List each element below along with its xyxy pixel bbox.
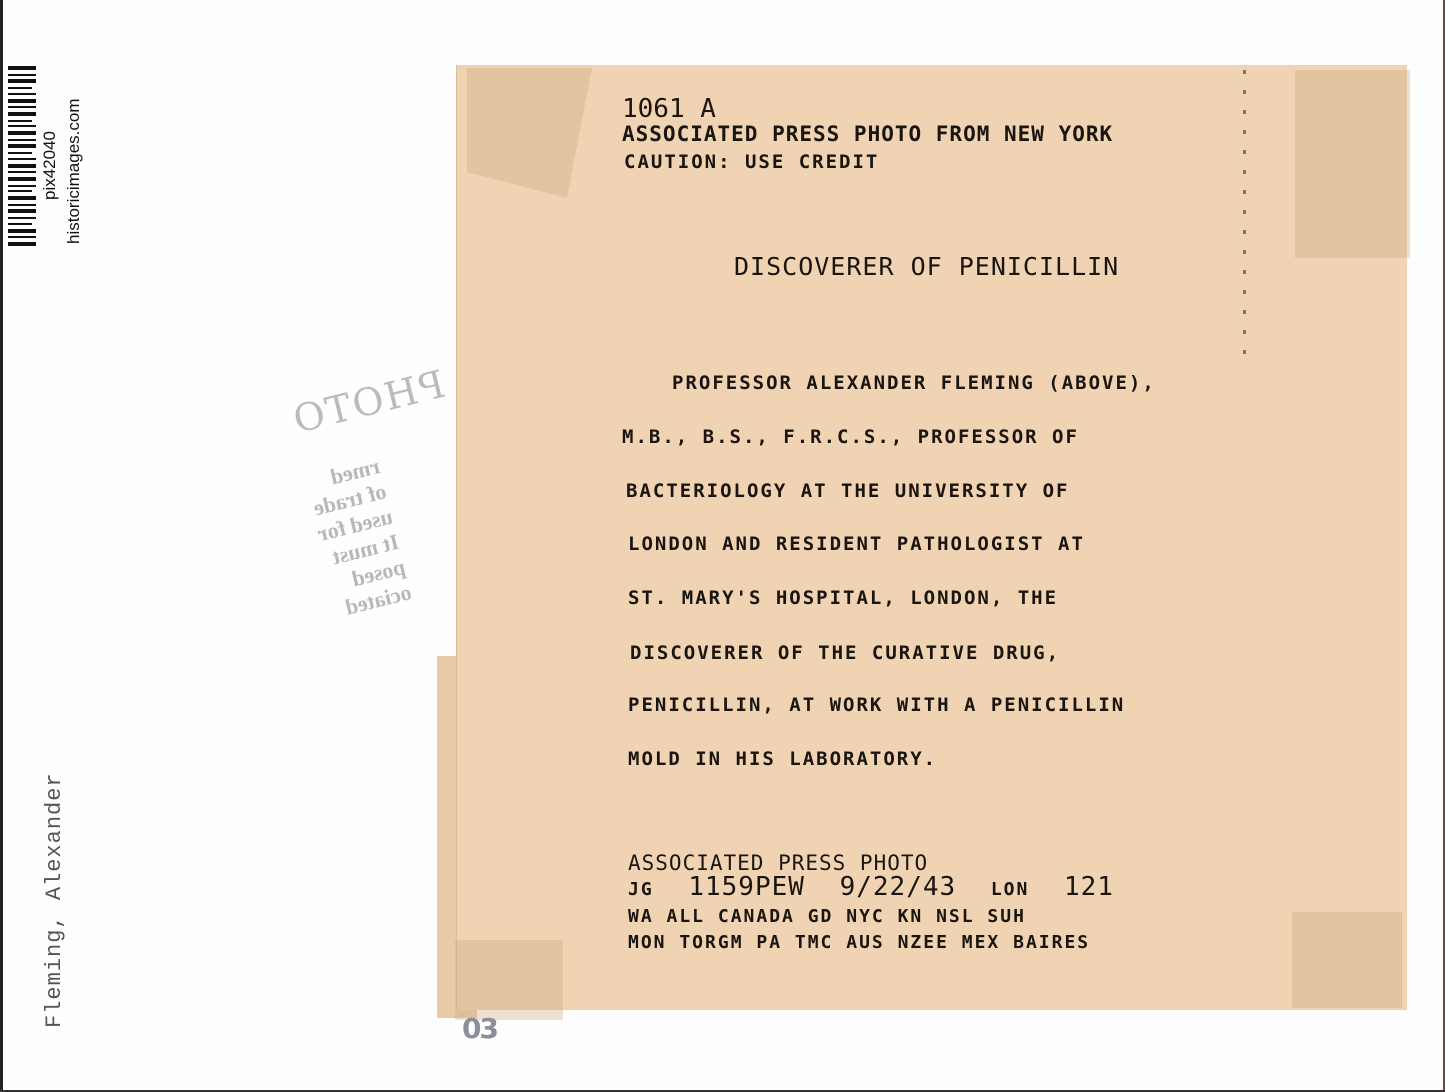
distribution-line: WA ALL CANADA GD NYC KN NSL SUH — [628, 906, 1026, 927]
body-line: MOLD IN HIS LABORATORY. — [628, 748, 937, 770]
body-line: LONDON AND RESIDENT PATHOLOGIST AT — [628, 533, 1085, 555]
perforated-edge — [1243, 70, 1246, 370]
bottom-mark: 03 — [462, 1012, 497, 1045]
body-line: M.B., B.S., F.R.C.S., PROFESSOR OF — [622, 426, 1079, 448]
barcode-id: pix42040 — [40, 131, 60, 200]
footer-initials: JG — [628, 879, 654, 900]
bleed-lines: rmed of trade used for It must posed oci… — [302, 453, 414, 623]
footer-reference: JG 1159PEW 9/22/43 LON 121 — [628, 872, 1132, 902]
footer-number: 121 — [1064, 872, 1114, 902]
bleed-stamp-text: PHOTO — [287, 362, 449, 443]
caution-credit: CAUTION: USE CREDIT — [624, 151, 879, 173]
bleed-through-stamp: PHOTO rmed of trade used for It must pos… — [280, 360, 470, 650]
subject-label: Fleming, Alexander — [42, 772, 67, 1028]
caption-title: DISCOVERER OF PENICILLIN — [734, 252, 1119, 281]
body-line: BACTERIOLOGY AT THE UNIVERSITY OF — [626, 480, 1070, 502]
photo-source: ASSOCIATED PRESS PHOTO FROM NEW YORK — [622, 122, 1113, 146]
body-line: PENICILLIN, AT WORK WITH A PENICILLIN — [628, 694, 1125, 716]
body-line: PROFESSOR ALEXANDER FLEMING (ABOVE), — [672, 372, 1156, 394]
body-line: ST. MARY'S HOSPITAL, LONDON, THE — [628, 587, 1058, 609]
distribution-line: MON TORGM PA TMC AUS NZEE MEX BAIRES — [628, 932, 1090, 953]
body-line: DISCOVERER OF THE CURATIVE DRUG, — [630, 642, 1060, 664]
footer-bureau: LON — [991, 879, 1030, 900]
tape-top-right — [1295, 70, 1410, 258]
footer-date: 9/22/43 — [840, 872, 957, 902]
footer-transmission: 1159PEW — [688, 872, 805, 902]
photo-number: 1061 A — [622, 94, 716, 124]
archive-website: historicimages.com — [64, 99, 84, 245]
barcode-icon — [8, 66, 36, 246]
scan-border-left — [0, 0, 3, 1092]
tape-bottom-left — [455, 940, 563, 1020]
tape-bottom-right — [1292, 912, 1402, 1008]
